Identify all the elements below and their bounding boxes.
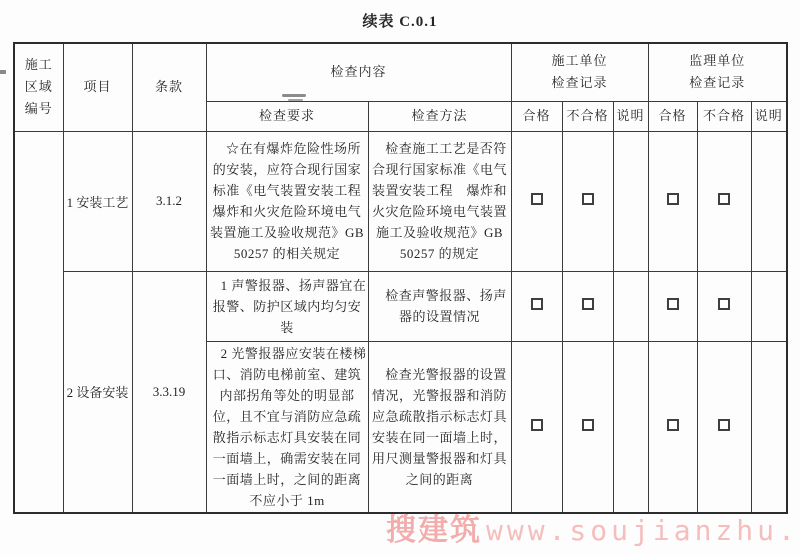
watermark-url: www.soujianzhu.cn [486,514,800,547]
inspection-table: 施工 区域 编号 项目 条款 检查内容 施工单位 检查记录 监理单位 检查记录 … [13,42,788,514]
cell-note-supervision-1 [751,131,787,271]
cell-item-1: 1 安装工艺 [63,131,132,271]
header-supervision-unit-record: 监理单位 检查记录 [648,43,787,101]
header-inspection-requirement: 检查要求 [206,101,368,131]
watermark-brand: 搜建筑 [386,514,482,547]
cell-qualified-supervision-2 [648,271,697,341]
header-qualified-supervision: 合格 [648,101,697,131]
cell-item-2: 2 设备安装 [63,271,132,513]
header-note-construction: 说明 [613,101,648,131]
checkbox-icon [667,419,679,431]
header-unqualified-construction: 不合格 [562,101,613,131]
cell-note-construction-3 [613,341,648,513]
scan-artifact [288,99,303,101]
header-unqualified-supervision: 不合格 [697,101,751,131]
scan-artifact [282,94,306,97]
cell-note-construction-2 [613,271,648,341]
checkbox-icon [582,193,594,205]
checkbox-icon [582,419,594,431]
cell-unqualified-supervision-1 [697,131,751,271]
header-clause: 条款 [132,43,206,131]
cell-unqualified-construction-1 [562,131,613,271]
header-inspection-content: 检查内容 [206,43,511,101]
header-region-number: 施工 区域 编号 [14,43,63,131]
cell-method-2: 检查声警报器、扬声器的设置情况 [368,271,511,341]
cell-qualified-construction-3 [511,341,562,513]
cell-method-1: 检查施工工艺是否符合现行国家标准《电气装置安装工程 爆炸和火灾危险环境电气装置施… [368,131,511,271]
table-title: 续表 C.0.1 [0,10,800,31]
cell-method-3: 检查光警报器的设置情况，光警报器和消防应急疏散指示标志灯具安装在同一面墙上时，用… [368,341,511,513]
checkbox-icon [582,298,594,310]
cell-qualified-construction-2 [511,271,562,341]
cell-note-supervision-2 [751,271,787,341]
checkbox-icon [531,298,543,310]
cell-region-number [14,131,63,513]
header-item: 项目 [63,43,132,131]
cell-clause-2: 3.3.19 [132,271,206,513]
header-construction-unit-record: 施工单位 检查记录 [511,43,648,101]
cell-requirement-1: ☆在有爆炸危险性场所的安装，应符合现行国家标准《电气装置安装工程 爆炸和火灾危险… [206,131,368,271]
checkbox-icon [718,193,730,205]
watermark: 搜建筑 www.soujianzhu.cn [386,505,800,549]
cell-note-construction-1 [613,131,648,271]
header-note-supervision: 说明 [751,101,787,131]
checkbox-icon [667,298,679,310]
checkbox-icon [531,193,543,205]
cell-qualified-supervision-3 [648,341,697,513]
checkbox-icon [718,419,730,431]
cell-qualified-supervision-1 [648,131,697,271]
cell-unqualified-supervision-3 [697,341,751,513]
cell-clause-1: 3.1.2 [132,131,206,271]
cell-requirement-3: 2 光警报器应安装在楼梯口、消防电梯前室、建筑内部拐角等处的明显部位，且不宜与消… [206,341,368,513]
cell-qualified-construction-1 [511,131,562,271]
cell-requirement-2: 1 声警报器、扬声器宜在报警、防护区域内均匀安装 [206,271,368,341]
cell-unqualified-supervision-2 [697,271,751,341]
cell-unqualified-construction-3 [562,341,613,513]
header-inspection-method: 检查方法 [368,101,511,131]
checkbox-icon [718,298,730,310]
header-qualified-construction: 合格 [511,101,562,131]
cell-note-supervision-3 [751,341,787,513]
scan-artifact [0,70,6,74]
checkbox-icon [531,419,543,431]
document-page: 续表 C.0.1 施工 区域 编号 项目 条款 检查内容 施工单位 检查记录 监… [0,0,800,555]
checkbox-icon [667,193,679,205]
cell-unqualified-construction-2 [562,271,613,341]
